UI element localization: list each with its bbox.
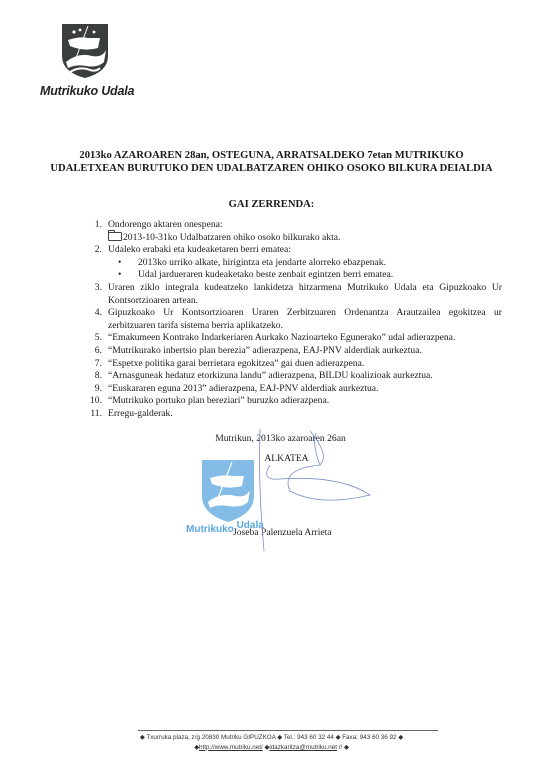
item-number: 6. [82,345,108,358]
diamond-icon: ◆ [398,734,403,741]
footer-phone: Tel.: 943 60 32 44 [284,734,334,741]
document-title: 2013ko AZAROAREN 28an, OSTEGUNA, ARRATSA… [0,149,543,175]
municipal-coat-of-arms-icon [58,22,112,80]
item-text: Uraren ziklo integrala kudeatzeko lankid… [108,282,502,307]
diamond-icon: ◆ [277,734,282,741]
footer-address: Txurruka plaza, z/g 20830 Mutriku GIPUZK… [146,734,275,741]
agenda-heading: GAI ZERRENDA: [0,199,543,210]
organization-name: Mutrikuko Udala [40,84,134,98]
agenda-item: 3.Uraren ziklo integrala kudeatzeko lank… [82,282,502,307]
item-number: 11. [82,408,108,421]
item-text: “Mutrikurako inbertsio plan berezia” adi… [108,345,502,358]
footer-divider [138,730,438,731]
website-link[interactable]: http://www.mutriku.net/ [199,744,263,751]
attachment-label: 2013-10-31ko Udalbatzaren ohiko osoko bi… [123,232,340,243]
item-number: 3. [82,282,108,307]
agenda-subitem: •2013ko urriko alkate, hirigintza eta je… [82,257,502,270]
item-text: “Arnasguneak hedatuz etorkizuna landu” a… [108,370,502,383]
footer-line-1: ◆ Txurruka plaza, z/g 20830 Mutriku GIPU… [0,733,543,743]
item-text: Udaleko erabaki eta kudeaketaren berri e… [108,244,502,257]
diamond-icon: ◆ [344,744,349,751]
item-text: “Espetxe politika garai berrietara egoki… [108,358,502,371]
item-number: 9. [82,383,108,396]
agenda-list: 1.Ondorengo aktaren onespena:2013-10-31k… [82,219,502,421]
signature-role: ALKATEA [0,453,543,464]
item-number: 8. [82,370,108,383]
item-text: “Euskararen eguna 2013” adierazpena, EAJ… [108,383,502,396]
agenda-item: 2.Udaleko erabaki eta kudeaketaren berri… [82,244,502,257]
diamond-icon: ◆ [140,734,145,741]
agenda-item: 6.“Mutrikurako inbertsio plan berezia” a… [82,345,502,358]
footer: ◆ Txurruka plaza, z/g 20830 Mutriku GIPU… [0,733,543,752]
footer-line-2: ◆http://www.mutriku.net/ ◆idazkaritza@mu… [0,743,543,753]
item-number: 7. [82,358,108,371]
agenda-item: 5.“Emakumeen Kontrako Indarkeriaren Aurk… [82,332,502,345]
subitem-text: Udal jardueraren kudeaketako beste zenba… [138,269,393,282]
signature-date: Mutrikun, 2013ko azaroaren 26an [0,433,543,444]
footer-fax: Faxa: 943 60 36 92 [342,734,396,741]
agenda-item: 4.Gipuzkoako Ur Kontsortzioaren Uraren Z… [82,307,502,332]
diamond-icon: ◆ [336,734,341,741]
agenda-item: 7.“Espetxe politika garai berrietara ego… [82,358,502,371]
stamp-word-1: Mutrikuko [186,524,234,535]
email-link[interactable]: idazkaritza@mutriku.net [269,744,337,751]
bullet-icon: • [118,269,138,282]
title-line-1: 2013ko AZAROAREN 28an, OSTEGUNA, ARRATSA… [0,149,543,162]
item-text: Ondorengo aktaren onespena: [108,219,502,232]
agenda-item: 8.“Arnasguneak hedatuz etorkizuna landu”… [82,370,502,383]
agenda-item: 10.“Mutrikuko portuko plan bereziari” bu… [82,395,502,408]
item-number: 4. [82,307,108,332]
item-number: 10. [82,395,108,408]
subitem-text: 2013ko urriko alkate, hirigintza eta jen… [138,257,386,270]
footer-trail: // [339,744,343,751]
item-number: 5. [82,332,108,345]
item-text: “Mutrikuko portuko plan bereziari” buruz… [108,395,502,408]
item-text: Erregu-galderak. [108,408,502,421]
folder-icon [108,232,122,241]
agenda-subitem: •Udal jardueraren kudeaketako beste zenb… [82,269,502,282]
agenda-item: 11.Erregu-galderak. [82,408,502,421]
bullet-icon: • [118,257,138,270]
item-text: Gipuzkoako Ur Kontsortzioaren Uraren Zer… [108,307,502,332]
title-line-2: UDALETXEAN BURUTUKO DEN UDALBATZAREN OHI… [0,162,543,175]
item-number: 2. [82,244,108,257]
item-text: “Emakumeen Kontrako Indarkeriaren Aurkak… [108,332,502,345]
agenda-item: 1.Ondorengo aktaren onespena: [82,219,502,232]
item-number: 1. [82,219,108,232]
attachment-link[interactable]: 2013-10-31ko Udalbatzaren ohiko osoko bi… [82,232,502,245]
signatory-name: Joseba Palenzuela Arrieta [233,527,332,538]
agenda-item: 9.“Euskararen eguna 2013” adierazpena, E… [82,383,502,396]
official-stamp-icon [198,458,258,526]
